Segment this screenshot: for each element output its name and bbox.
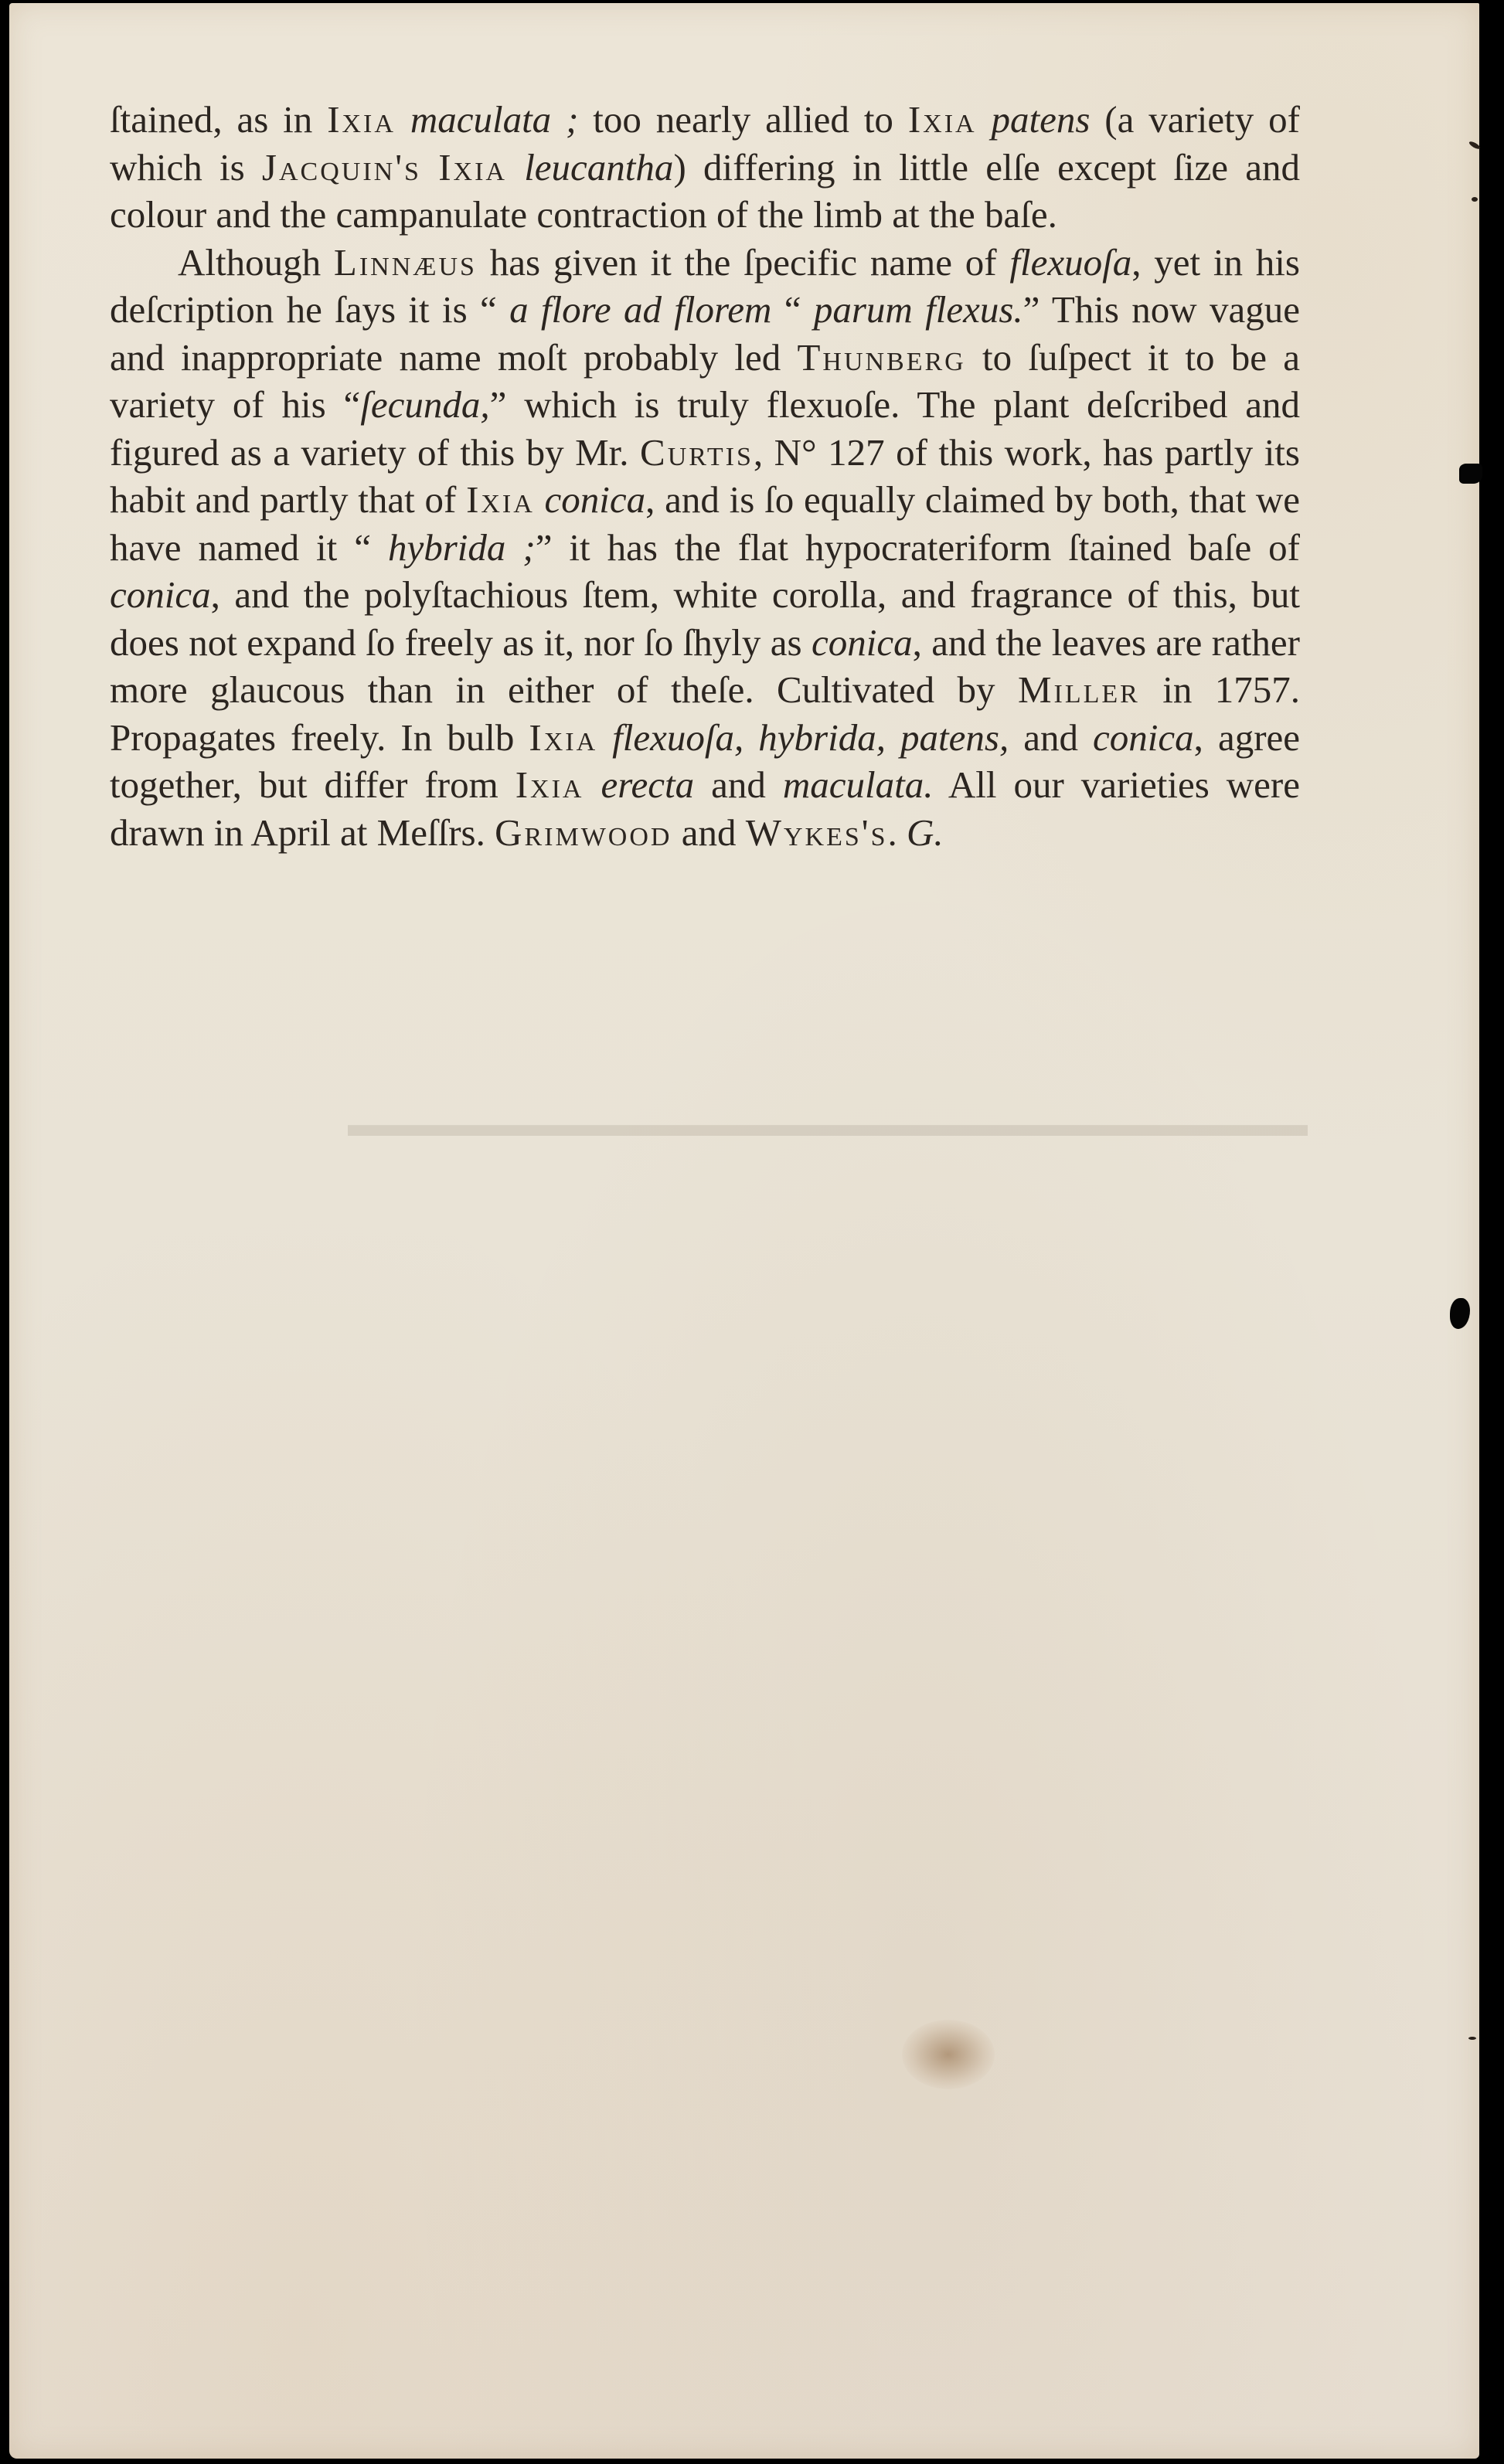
reverse-side-bleed-through: ▬▬▬▬▬▬▬▬▬▬▬▬▬▬▬▬▬▬▬▬▬▬▬▬▬▬▬ — [102, 1100, 1308, 2298]
torn-edge — [1487, 209, 1504, 456]
torn-edge — [1490, 1221, 1504, 1283]
text-segment: conica — [535, 478, 645, 521]
text-segment: maculata ; — [396, 98, 578, 141]
text-segment: hybrida ; — [388, 526, 536, 569]
text-segment: ſtained, as in — [110, 98, 327, 141]
foxing-stain — [902, 2020, 995, 2089]
text-segment: Ixia — [529, 716, 597, 759]
text-segment — [421, 146, 438, 189]
text-segment: conica — [812, 621, 913, 664]
text-segment: patens — [977, 98, 1091, 141]
text-segment: too nearly allied to — [578, 98, 907, 141]
text-segment: has given it the ſpecific name of — [477, 241, 1009, 284]
text-segment: Ixia — [516, 763, 584, 806]
book-page: ſtained, as in Ixia maculata ; too nearl… — [9, 3, 1479, 2459]
text-segment: leucantha — [507, 146, 673, 189]
text-segment: Linnæus — [334, 241, 477, 284]
text-segment: . — [888, 811, 907, 854]
ink-speck — [1468, 2037, 1476, 2040]
text-segment: ” it has the flat hypocrateriform ſtaine… — [536, 526, 1300, 569]
paragraph-2: Although Linnæus has given it the ſpecif… — [110, 239, 1300, 857]
text-segment: Ixia — [438, 146, 507, 189]
page-text: ſtained, as in Ixia maculata ; too nearl… — [110, 96, 1300, 856]
text-segment: Ixia — [908, 98, 977, 141]
text-segment: Wykes's — [746, 811, 888, 854]
text-segment: Miller — [1018, 668, 1140, 711]
ink-speck — [1472, 197, 1478, 202]
text-segment: flexuoſa, hybrida, patens, — [597, 716, 1009, 759]
text-segment: Grimwood — [495, 811, 672, 854]
text-segment: “ — [771, 288, 813, 331]
text-segment: a flore ad florem — [509, 288, 771, 331]
text-segment: G. — [907, 811, 944, 854]
text-segment: conica — [110, 573, 211, 616]
text-segment: erecta — [584, 763, 694, 806]
text-segment: Jacquin's — [262, 146, 421, 189]
torn-edge — [1495, 0, 1504, 11]
text-segment: Although — [178, 241, 334, 284]
page-damage-hole — [1459, 464, 1482, 484]
text-segment: Ixia — [327, 98, 396, 141]
text-segment: Thunberg — [797, 336, 965, 379]
text-segment: maculata. — [783, 763, 934, 806]
paragraph-1: ſtained, as in Ixia maculata ; too nearl… — [110, 96, 1300, 239]
text-segment: ſecunda, — [360, 383, 489, 426]
text-segment: and — [694, 763, 783, 806]
text-segment: Curtis — [640, 431, 754, 474]
text-segment: and — [1009, 716, 1093, 759]
text-segment: conica — [1093, 716, 1194, 759]
text-segment: Ixia — [466, 478, 535, 521]
text-segment: flexuoſa — [1009, 241, 1131, 284]
text-segment: parum flexus. — [814, 288, 1023, 331]
text-segment: and — [672, 811, 745, 854]
